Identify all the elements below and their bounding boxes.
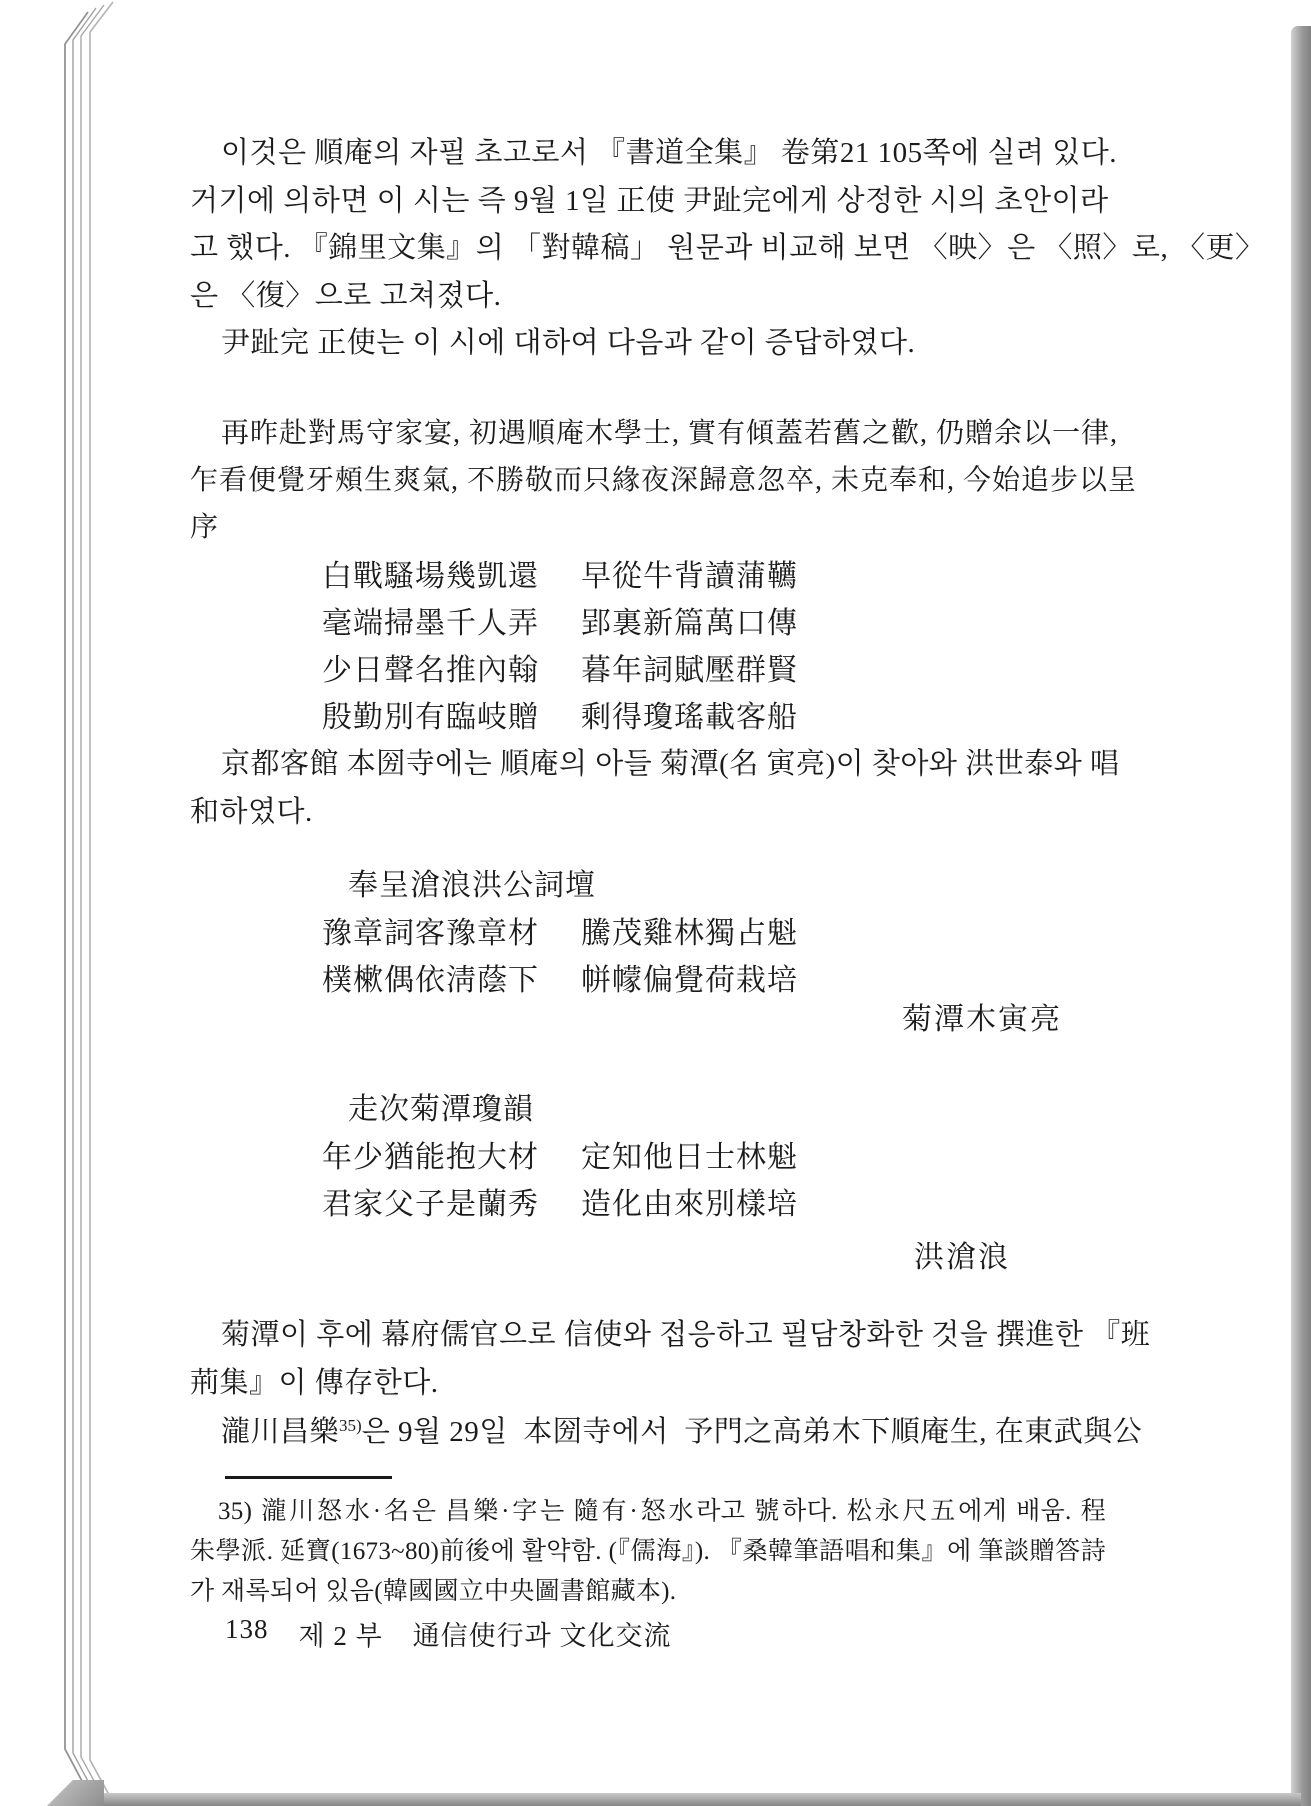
text-segment: 瀧川昌樂	[221, 1416, 339, 1448]
hemistich: 年少猶能抱大材	[322, 1134, 539, 1181]
poem-line: 白戰騷場幾凱還 早從牛背讀蒲韉	[322, 553, 882, 600]
paragraph-bankyungjip: 菊潭이 후에 幕府儒官으로 信使와 접응하고 필담창화한 것을 撰進한 『班 荊…	[190, 1312, 1106, 1407]
footnote-line: 가 재록되어 있음(韓國國立中央圖書館藏本).	[190, 1572, 1106, 1612]
hemistich: 郢裏新篇萬口傳	[581, 600, 798, 647]
footnote-line: 朱學派. 延寶(1673~80)前後에 활약함. (『儒海』). 『桑韓筆語唱和…	[190, 1532, 1106, 1572]
text-line: 瀧川昌樂35)은 9월 29일 本圀寺에서 予門之高弟木下順庵生, 在東武與公	[190, 1402, 1106, 1457]
page-edge-bottom-shadow	[70, 1793, 1301, 1806]
poem-line: 少日聲名推內翰 暮年詞賦壓群賢	[322, 647, 882, 694]
poem-line: 殷勤別有臨岐贈 剩得瓊瑤載客船	[322, 694, 882, 741]
paragraph-takigawa: 瀧川昌樂35)은 9월 29일 本圀寺에서 予門之高弟木下順庵生, 在東武與公	[190, 1402, 1106, 1457]
text-segment: 은 9월 29일 本圀寺에서 予門之高弟木下順庵生, 在東武與公	[362, 1416, 1143, 1448]
footnote-divider-rule	[225, 1476, 392, 1479]
text-line: 尹趾完 正使는 이 시에 대하여 다음과 같이 증답하였다.	[190, 320, 1106, 368]
footer-part-label: 제 2 부	[299, 1614, 383, 1653]
footer-book-title: 通信使行과 文化交流	[413, 1614, 672, 1653]
footnote-35: 35) 瀧川怒水·名은 昌樂·字는 隨有·怒水라고 號하다. 松永尺五에게 배움…	[190, 1492, 1106, 1612]
preface-quote: 再昨赴對馬守家宴, 初遇順庵木學士, 實有傾蓋若舊之歡, 仍贈余以一律, 乍看便…	[190, 410, 1106, 551]
footnote-line: 35) 瀧川怒水·名은 昌樂·字는 隨有·怒水라고 號하다. 松永尺五에게 배움…	[190, 1492, 1106, 1532]
hemistich: 剩得瓊瑤載客船	[581, 694, 798, 741]
text-line: 序	[190, 504, 1106, 551]
text-line: 이것은 順庵의 자필 초고로서 『書道全集』 卷第21 105쪽에 실려 있다.	[190, 130, 1106, 178]
hemistich: 早從牛背讀蒲韉	[581, 553, 798, 600]
text-line: 京都客館 本圀寺에는 順庵의 아들 菊潭(名 寅亮)이 찾아와 洪世泰와 唱	[190, 741, 1106, 789]
poem-line: 君家父子是蘭秀 造化由來別樣培	[322, 1181, 882, 1228]
poem-gukdam-title: 奉呈滄浪洪公詞壇	[348, 862, 596, 909]
footnote-reference-35: 35)	[339, 1416, 362, 1435]
hemistich: 殷勤別有臨岐贈	[322, 694, 539, 741]
poem-line: 年少猶能抱大材 定知他日士林魁	[322, 1134, 882, 1181]
text-line: 거기에 의하면 이 시는 즉 9월 1일 正使 尹趾完에게 상정한 시의 초안이…	[190, 178, 1106, 226]
text-line: 은 〈復〉으로 고쳐졌다.	[190, 273, 1106, 321]
hemistich: 豫章詞客豫章材	[322, 910, 539, 957]
poem-line: 豫章詞客豫章材 騰茂雞林獨占魁	[322, 910, 882, 957]
hemistich: 君家父子是蘭秀	[322, 1181, 539, 1228]
hemistich: 造化由來別樣培	[581, 1181, 798, 1228]
poem-line: 毫端掃墨千人弄 郢裏新篇萬口傳	[322, 600, 882, 647]
page-edge-corner-shadow	[34, 1780, 104, 1806]
text-line: 乍看便覺牙頰生爽氣, 不勝敬而只緣夜深歸意忽卒, 未克奉和, 今始追步以呈	[190, 457, 1106, 504]
page-footer: 138 제 2 부 通信使行과 文化交流	[225, 1614, 672, 1653]
signature-hong: 洪滄浪	[914, 1238, 1010, 1278]
hemistich: 定知他日士林魁	[581, 1134, 798, 1181]
hemistich: 白戰騷場幾凱還	[322, 553, 539, 600]
book-spine-pages-decoration	[0, 0, 130, 1806]
hemistich: 少日聲名推內翰	[322, 647, 539, 694]
poem-line: 樸樕偶依淸蔭下 帡幪偏覺荷栽培	[322, 957, 882, 1004]
poem-hong: 年少猶能抱大材 定知他日士林魁 君家父子是蘭秀 造化由來別樣培	[322, 1134, 882, 1228]
paragraph-kyoto-gukdam: 京都客館 本圀寺에는 順庵의 아들 菊潭(名 寅亮)이 찾아와 洪世泰와 唱 和…	[190, 741, 1106, 836]
hemistich: 毫端掃墨千人弄	[322, 600, 539, 647]
text-line: 荊集』이 傳存한다.	[190, 1360, 1106, 1408]
poem-yun-chiwan: 白戰騷場幾凱還 早從牛背讀蒲韉 毫端掃墨千人弄 郢裏新篇萬口傳 少日聲名推內翰 …	[322, 553, 882, 741]
poem-gukdam: 豫章詞客豫章材 騰茂雞林獨占魁 樸樕偶依淸蔭下 帡幪偏覺荷栽培	[322, 910, 882, 1004]
hemistich: 暮年詞賦壓群賢	[581, 647, 798, 694]
paragraph-intro: 이것은 順庵의 자필 초고로서 『書道全集』 卷第21 105쪽에 실려 있다.…	[190, 130, 1106, 320]
paragraph-yun-response-intro: 尹趾完 正使는 이 시에 대하여 다음과 같이 증답하였다.	[190, 320, 1106, 368]
text-line: 和하였다.	[190, 789, 1106, 837]
text-line: 고 했다. 『錦里文集』의 「對韓稿」 원문과 비교해 보면 〈映〉은 〈照〉로…	[190, 225, 1106, 273]
hemistich: 騰茂雞林獨占魁	[581, 910, 798, 957]
poem-hong-title: 走次菊潭瓊韻	[348, 1086, 534, 1133]
footer-page-number: 138	[225, 1614, 269, 1653]
page-edge-right-shadow	[1291, 26, 1311, 1806]
text-line: 再昨赴對馬守家宴, 初遇順庵木學士, 實有傾蓋若舊之歡, 仍贈余以一律,	[190, 410, 1106, 457]
signature-gukdam: 菊潭木寅亮	[902, 1000, 1062, 1040]
hemistich: 樸樕偶依淸蔭下	[322, 957, 539, 1004]
hemistich: 帡幪偏覺荷栽培	[581, 957, 798, 1004]
text-line: 菊潭이 후에 幕府儒官으로 信使와 접응하고 필담창화한 것을 撰進한 『班	[190, 1312, 1106, 1360]
scanned-book-page: 이것은 順庵의 자필 초고로서 『書道全集』 卷第21 105쪽에 실려 있다.…	[0, 0, 1311, 1806]
